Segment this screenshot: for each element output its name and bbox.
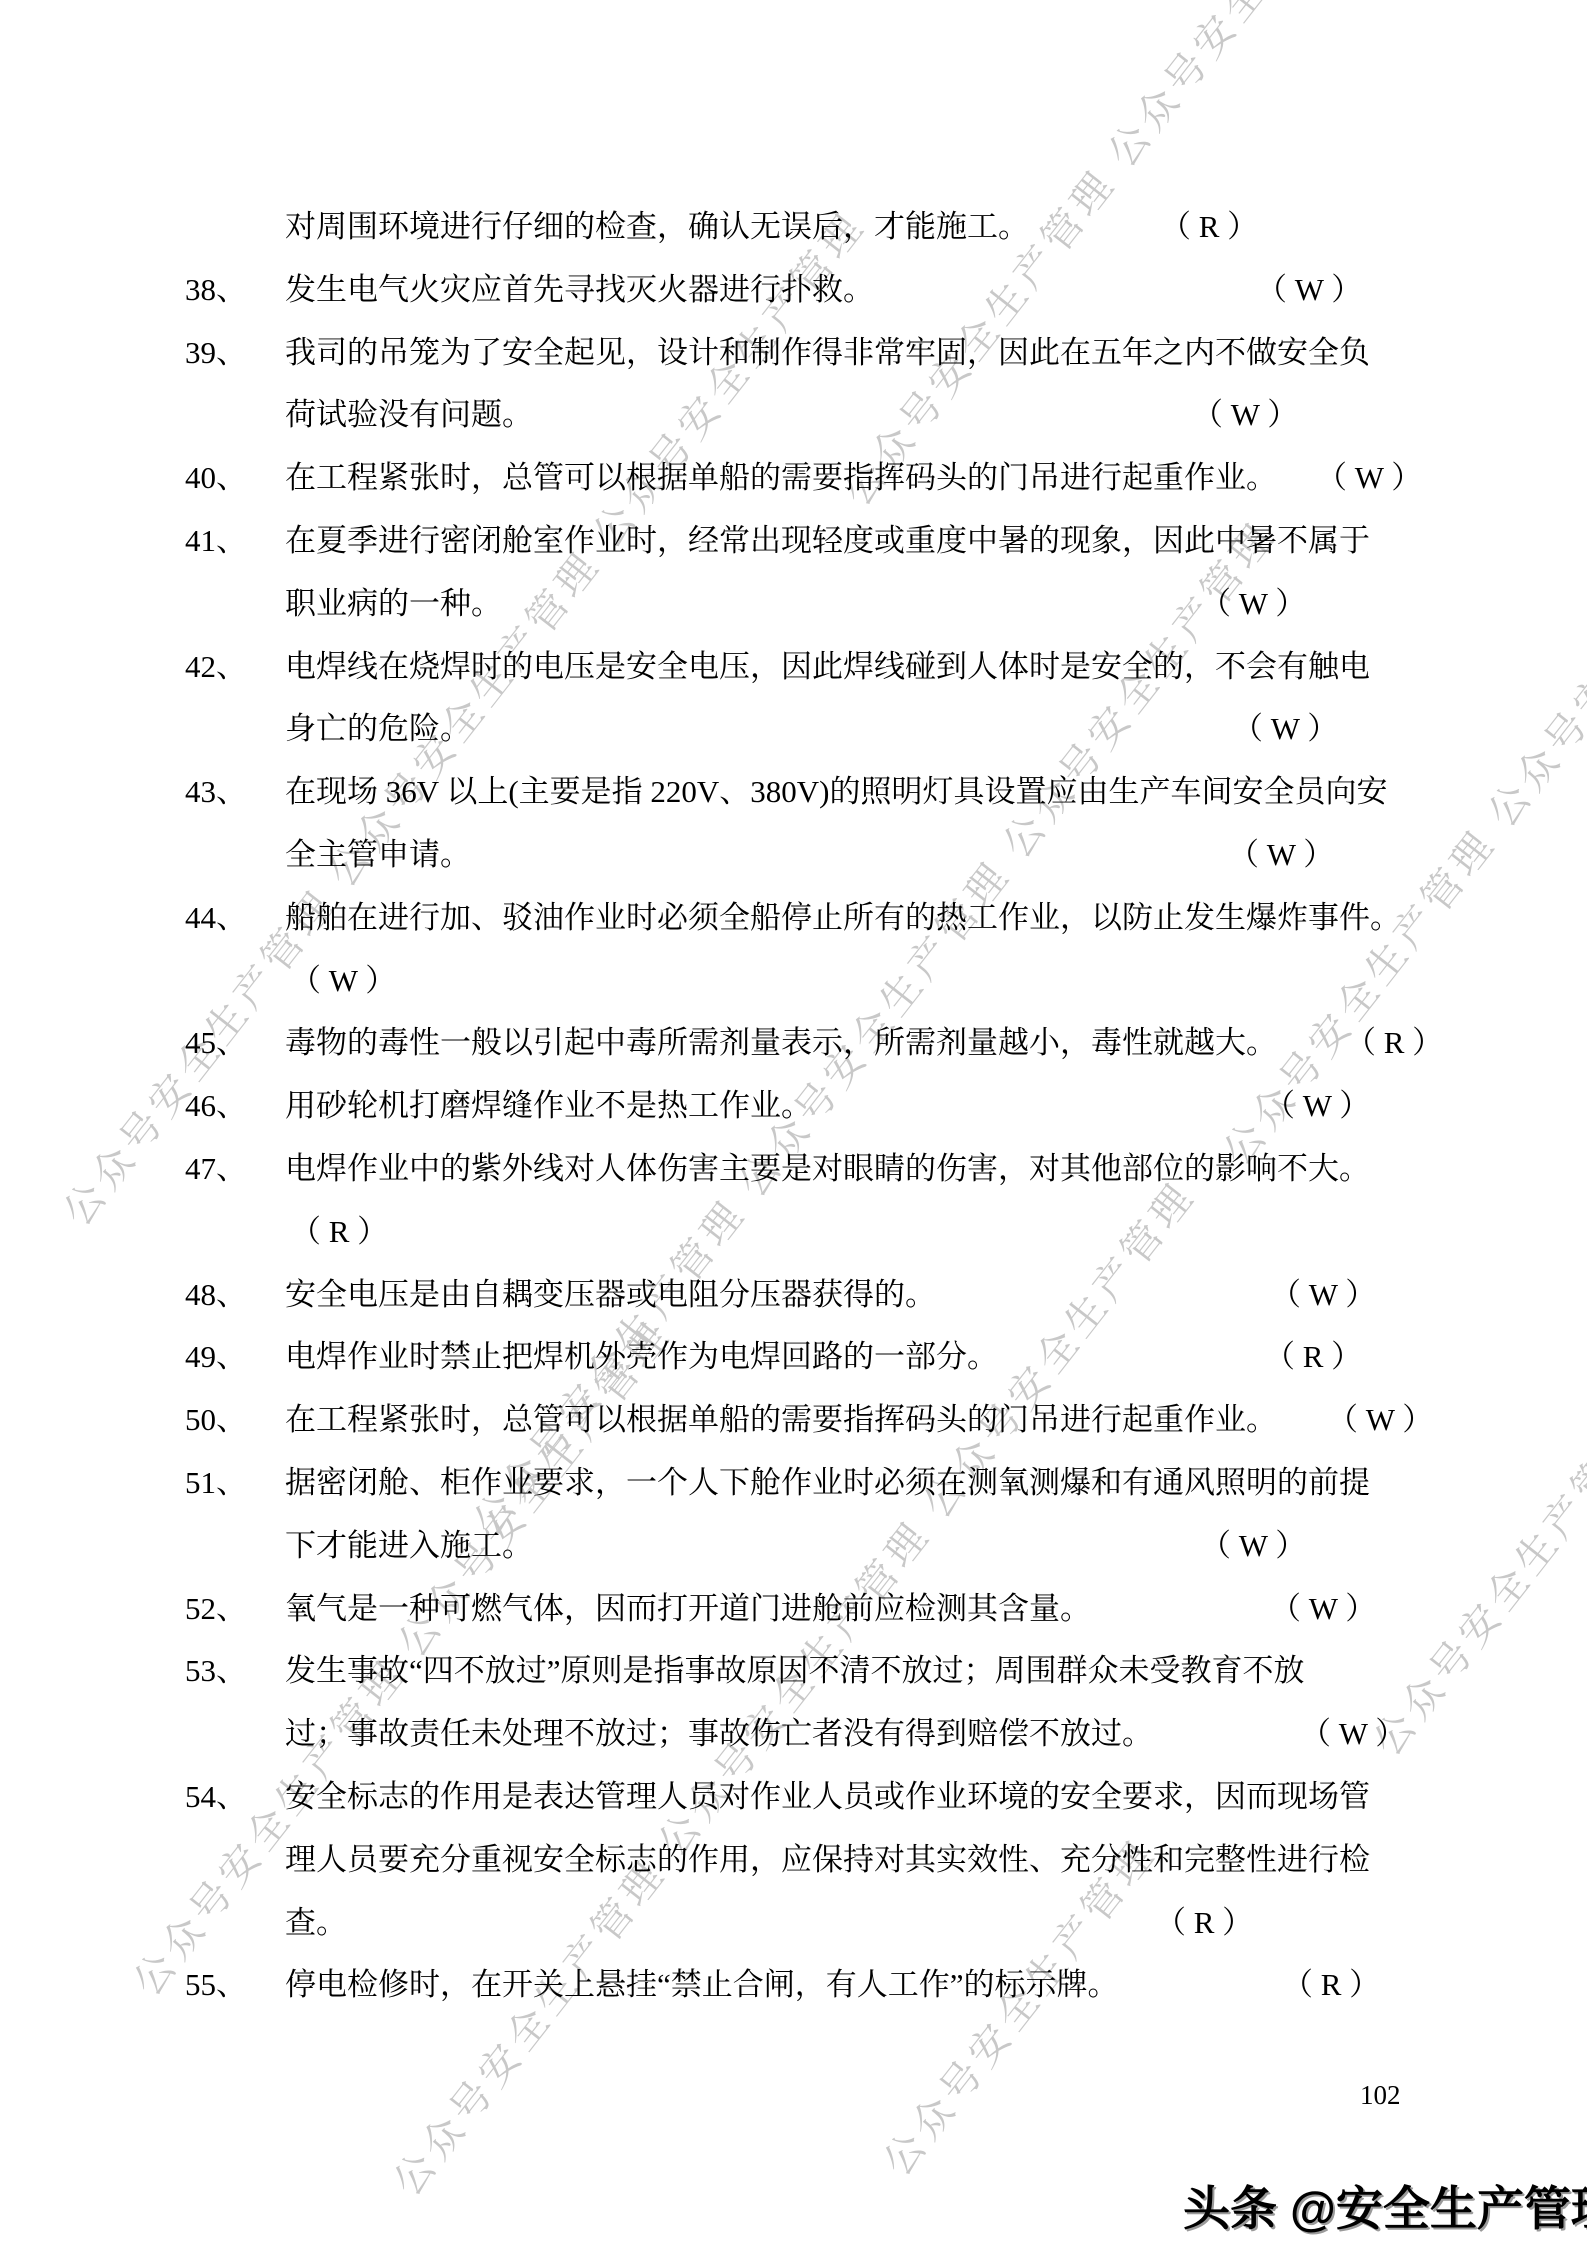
answer-mark: （ R ） <box>1155 1901 1253 1945</box>
question-text: 过；事故责任未处理不放过；事故伤亡者没有得到赔偿不放过。 <box>285 1712 1153 1756</box>
question-line: 46、用砂轮机打磨焊缝作业不是热工作业。（ W ） <box>0 1084 1587 1134</box>
answer-mark: （ W ） <box>1200 582 1306 626</box>
question-line: 身亡的危险。（ W ） <box>0 707 1587 757</box>
question-number: 41、 <box>185 519 247 563</box>
question-line: 49、电焊作业时禁止把焊机外壳作为电焊回路的一部分。（ R ） <box>0 1335 1587 1385</box>
answer-mark: （ W ） <box>1327 1398 1433 1442</box>
question-line: （ R ） <box>0 1210 1587 1260</box>
answer-mark: （ R ） <box>290 1210 388 1254</box>
question-line: 全主管申请。（ W ） <box>0 833 1587 883</box>
question-text: 停电检修时，在开关上悬挂“禁止合闸，有人工作”的标示牌。 <box>285 1963 1119 2007</box>
document-page: 公众号安全生产管理 公众号安全生产管理 公众号安全生产管理公众号安全生产管理 公… <box>0 0 1587 2245</box>
question-line: 41、在夏季进行密闭舱室作业时，经常出现轻度或重度中暑的现象，因此中暑不属于 <box>0 519 1587 569</box>
question-text: 职业病的一种。 <box>285 582 502 626</box>
question-text: 在夏季进行密闭舱室作业时，经常出现轻度或重度中暑的现象，因此中暑不属于 <box>285 519 1370 563</box>
question-number: 53、 <box>185 1649 247 1693</box>
question-number: 39、 <box>185 331 247 375</box>
question-text: 在现场 36V 以上(主要是指 220V、380V)的照明灯具设置应由生产车间安… <box>285 770 1388 814</box>
answer-mark: （ W ） <box>290 959 396 1003</box>
question-text: 理人员要充分重视安全标志的作用，应保持对其实效性、充分性和完整性进行检 <box>285 1838 1370 1882</box>
question-number: 52、 <box>185 1587 247 1631</box>
question-text: 电焊线在烧焊时的电压是安全电压，因此焊线碰到人体时是安全的，不会有触电 <box>285 645 1370 689</box>
answer-mark: （ R ） <box>1264 1335 1362 1379</box>
question-text: 身亡的危险。 <box>285 707 471 751</box>
question-line: 48、安全电压是由自耦变压器或电阻分压器获得的。（ W ） <box>0 1273 1587 1323</box>
question-text: 全主管申请。 <box>285 833 471 877</box>
question-number: 44、 <box>185 896 247 940</box>
question-number: 43、 <box>185 770 247 814</box>
question-text: 在工程紧张时，总管可以根据单船的需要指挥码头的门吊进行起重作业。 <box>285 1398 1277 1442</box>
question-text: 发生事故“四不放过”原则是指事故原因不清不放过；周围群众未受教育不放 <box>285 1649 1305 1693</box>
question-line: 42、电焊线在烧焊时的电压是安全电压，因此焊线碰到人体时是安全的，不会有触电 <box>0 645 1587 695</box>
answer-mark: （ W ） <box>1270 1273 1376 1317</box>
question-line: 过；事故责任未处理不放过；事故伤亡者没有得到赔偿不放过。（ W ） <box>0 1712 1587 1762</box>
question-line: 查。（ R ） <box>0 1901 1587 1951</box>
question-text: 用砂轮机打磨焊缝作业不是热工作业。 <box>285 1084 812 1128</box>
question-line: 40、在工程紧张时，总管可以根据单船的需要指挥码头的门吊进行起重作业。（ W ） <box>0 456 1587 506</box>
answer-mark: （ R ） <box>1160 205 1258 249</box>
question-line: （ W ） <box>0 959 1587 1009</box>
answer-mark: （ W ） <box>1270 1587 1376 1631</box>
question-number: 54、 <box>185 1775 247 1819</box>
question-line: 下才能进入施工。（ W ） <box>0 1524 1587 1574</box>
question-line: 47、电焊作业中的紫外线对人体伤害主要是对眼睛的伤害，对其他部位的影响不大。 <box>0 1147 1587 1197</box>
question-line: 职业病的一种。（ W ） <box>0 582 1587 632</box>
question-number: 50、 <box>185 1398 247 1442</box>
question-line: 43、在现场 36V 以上(主要是指 220V、380V)的照明灯具设置应由生产… <box>0 770 1587 820</box>
answer-mark: （ W ） <box>1316 456 1422 500</box>
answer-mark: （ W ） <box>1192 393 1298 437</box>
question-text: 船舶在进行加、驳油作业时必须全船停止所有的热工作业，以防止发生爆炸事件。 <box>285 896 1401 940</box>
question-line: 44、船舶在进行加、驳油作业时必须全船停止所有的热工作业，以防止发生爆炸事件。 <box>0 896 1587 946</box>
question-text: 电焊作业中的紫外线对人体伤害主要是对眼睛的伤害，对其他部位的影响不大。 <box>285 1147 1370 1191</box>
answer-mark: （ R ） <box>1345 1021 1443 1065</box>
answer-mark: （ R ） <box>1282 1963 1380 2007</box>
question-line: 对周围环境进行仔细的检查，确认无误后，才能施工。（ R ） <box>0 205 1587 255</box>
watermark-text: 公众号安全生产管理 公众号安全生产管理 <box>1208 476 1587 1176</box>
question-line: 55、停电检修时，在开关上悬挂“禁止合闸，有人工作”的标示牌。（ R ） <box>0 1963 1587 2013</box>
question-line: 52、氧气是一种可燃气体，因而打开道门进舱前应检测其含量。（ W ） <box>0 1587 1587 1637</box>
question-number: 42、 <box>185 645 247 689</box>
answer-mark: （ W ） <box>1228 833 1334 877</box>
question-line: 理人员要充分重视安全标志的作用，应保持对其实效性、充分性和完整性进行检 <box>0 1838 1587 1888</box>
question-number: 48、 <box>185 1273 247 1317</box>
question-text: 在工程紧张时，总管可以根据单船的需要指挥码头的门吊进行起重作业。 <box>285 456 1277 500</box>
question-line: 50、在工程紧张时，总管可以根据单船的需要指挥码头的门吊进行起重作业。（ W ） <box>0 1398 1587 1448</box>
question-number: 49、 <box>185 1335 247 1379</box>
question-text: 安全电压是由自耦变压器或电阻分压器获得的。 <box>285 1273 936 1317</box>
question-text: 毒物的毒性一般以引起中毒所需剂量表示，所需剂量越小，毒性就越大。 <box>285 1021 1277 1065</box>
question-number: 38、 <box>185 268 247 312</box>
question-line: 54、安全标志的作用是表达管理人员对作业人员或作业环境的安全要求，因而现场管 <box>0 1775 1587 1825</box>
footer-credit: 头条 @安全生产管理 <box>1183 2172 1587 2239</box>
answer-mark: （ W ） <box>1264 1084 1370 1128</box>
question-text: 电焊作业时禁止把焊机外壳作为电焊回路的一部分。 <box>285 1335 998 1379</box>
question-text: 氧气是一种可燃气体，因而打开道门进舱前应检测其含量。 <box>285 1587 1091 1631</box>
question-line: 39、我司的吊笼为了安全起见，设计和制作得非常牢固，因此在五年之内不做安全负 <box>0 331 1587 381</box>
question-text: 发生电气火灾应首先寻找灭火器进行扑救。 <box>285 268 874 312</box>
question-text: 查。 <box>285 1901 347 1945</box>
question-number: 47、 <box>185 1147 247 1191</box>
question-text: 荷试验没有问题。 <box>285 393 533 437</box>
question-text: 我司的吊笼为了安全起见，设计和制作得非常牢固，因此在五年之内不做安全负 <box>285 331 1370 375</box>
question-line: 53、发生事故“四不放过”原则是指事故原因不清不放过；周围群众未受教育不放 <box>0 1649 1587 1699</box>
answer-mark: （ W ） <box>1300 1712 1406 1756</box>
question-text: 对周围环境进行仔细的检查，确认无误后，才能施工。 <box>285 205 1029 249</box>
answer-mark: （ W ） <box>1256 268 1362 312</box>
question-number: 46、 <box>185 1084 247 1128</box>
question-line: 51、据密闭舱、柜作业要求，一个人下舱作业时必须在测氧测爆和有通风照明的前提 <box>0 1461 1587 1511</box>
question-line: 45、毒物的毒性一般以引起中毒所需剂量表示，所需剂量越小，毒性就越大。（ R ） <box>0 1021 1587 1071</box>
question-text: 安全标志的作用是表达管理人员对作业人员或作业环境的安全要求，因而现场管 <box>285 1775 1370 1819</box>
question-text: 下才能进入施工。 <box>285 1524 533 1568</box>
question-text: 据密闭舱、柜作业要求，一个人下舱作业时必须在测氧测爆和有通风照明的前提 <box>285 1461 1370 1505</box>
page-number: 102 <box>1360 2080 1401 2111</box>
answer-mark: （ W ） <box>1232 707 1338 751</box>
question-number: 45、 <box>185 1021 247 1065</box>
question-number: 51、 <box>185 1461 247 1505</box>
question-number: 40、 <box>185 456 247 500</box>
question-line: 38、发生电气火灾应首先寻找灭火器进行扑救。（ W ） <box>0 268 1587 318</box>
question-line: 荷试验没有问题。（ W ） <box>0 393 1587 443</box>
question-number: 55、 <box>185 1963 247 2007</box>
answer-mark: （ W ） <box>1200 1524 1306 1568</box>
